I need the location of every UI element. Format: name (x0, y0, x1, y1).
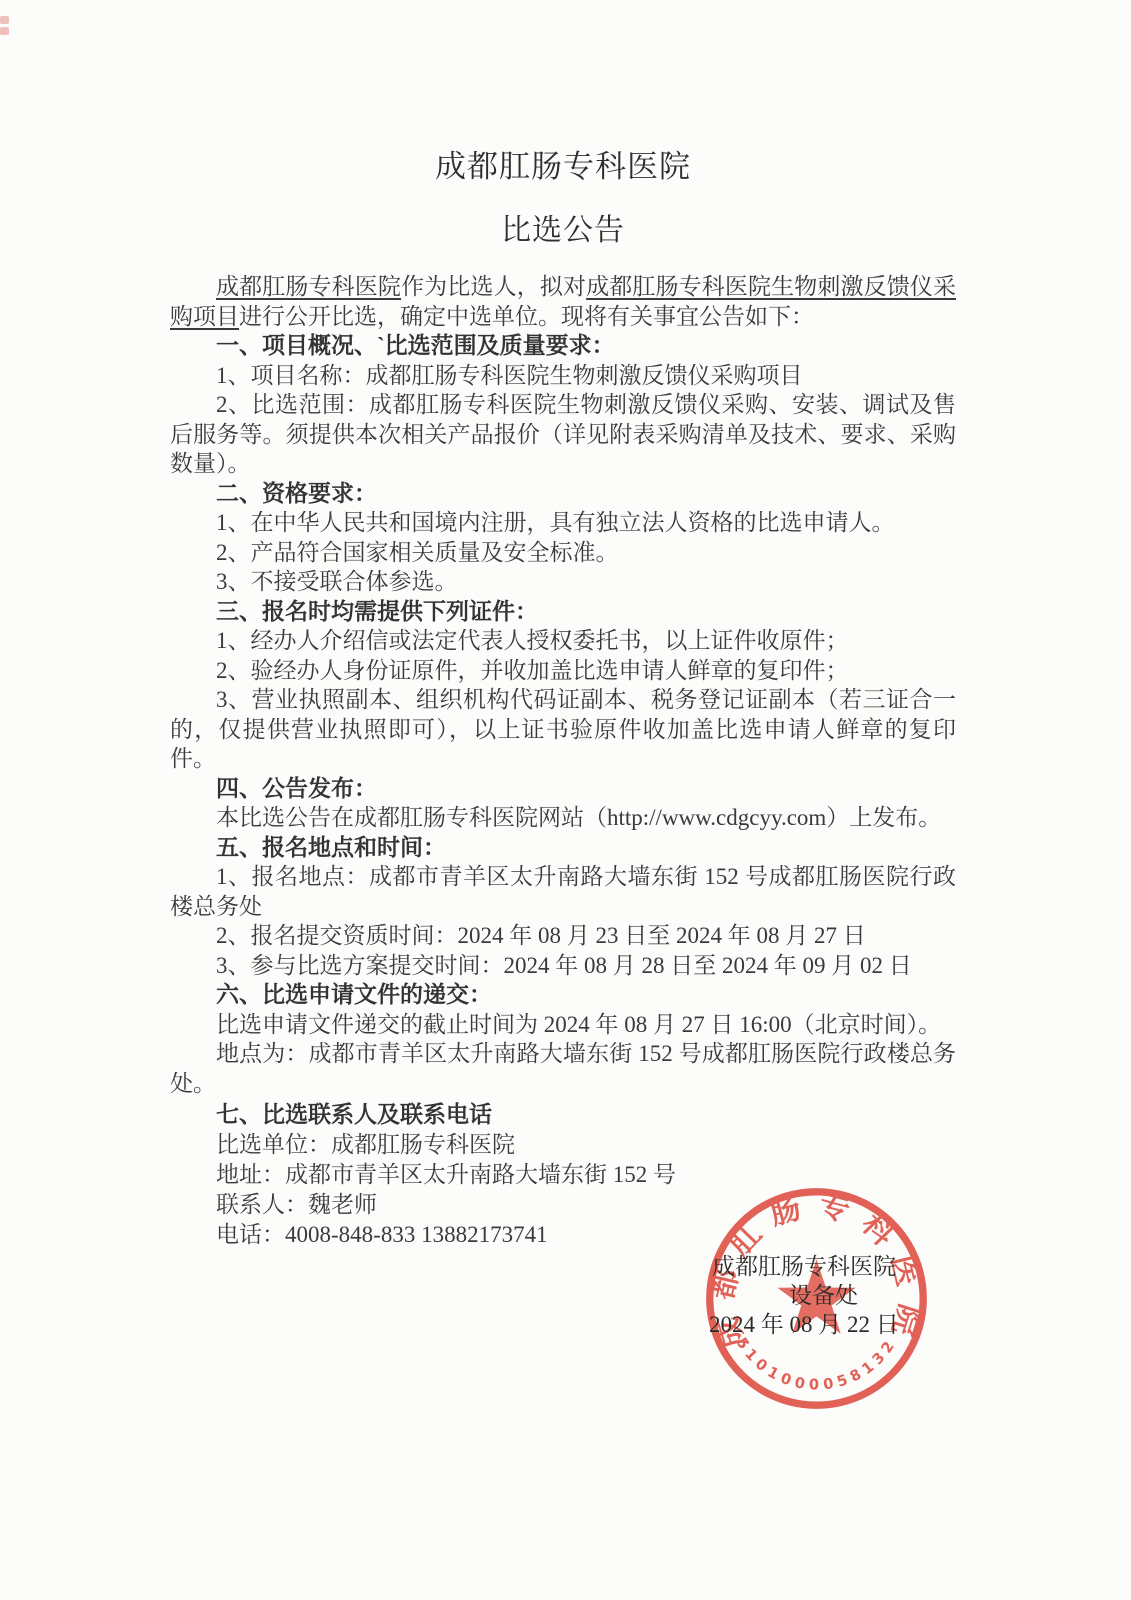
intro-underlined-buyer: 成都肛肠专科医院 (216, 274, 401, 299)
paragraph: 1、在中华人民共和国境内注册，具有独立法人资格的比选申请人。 (170, 508, 956, 538)
paragraph: 1、项目名称：成都肛肠专科医院生物刺激反馈仪采购项目 (170, 361, 956, 391)
paragraph: 2、报名提交资质时间：2024 年 08 月 23 日至 2024 年 08 月… (170, 921, 956, 951)
announcement-body: 成都肛肠专科医院作为比选人，拟对成都肛肠专科医院生物刺激反馈仪采购项目进行公开比… (170, 272, 956, 1250)
seal-overlay-date: 2024 年 08 月 22 日 (709, 1311, 899, 1338)
section-heading-1: 一、项目概况、`比选范围及质量要求： (170, 331, 956, 361)
intro-text: 作为比选人，拟对 (401, 274, 586, 299)
paragraph: 2、比选范围：成都肛肠专科医院生物刺激反馈仪采购、安装、调试及售后服务等。须提供… (170, 390, 956, 479)
paragraph: 3、不接受联合体参选。 (170, 567, 956, 597)
paragraph: 2、验经办人身份证原件，并收加盖比选申请人鲜章的复印件； (170, 656, 956, 686)
contact-unit: 比选单位：成都肛肠专科医院 (170, 1130, 956, 1160)
seal-overlay-unit-name: 成都肛肠专科医院 (712, 1253, 896, 1280)
scanned-document-page: 成都肛肠专科医院 比选公告 成都肛肠专科医院作为比选人，拟对成都肛肠专科医院生物… (0, 0, 1131, 1600)
announcement-title: 比选公告 (170, 212, 956, 250)
scan-red-mark (0, 27, 9, 35)
announcement-document: 成都肛肠专科医院 比选公告 成都肛肠专科医院作为比选人，拟对成都肛肠专科医院生物… (170, 0, 956, 1250)
intro-paragraph: 成都肛肠专科医院作为比选人，拟对成都肛肠专科医院生物刺激反馈仪采购项目进行公开比… (170, 272, 956, 331)
paragraph: 3、营业执照副本、组织机构代码证副本、税务登记证副本（若三证合一的，仅提供营业执… (170, 685, 956, 774)
section-heading-4: 四、公告发布： (170, 774, 956, 804)
section-heading-6: 六、比选申请文件的递交： (170, 980, 956, 1010)
paragraph: 本比选公告在成都肛肠专科医院网站（http://www.cdgcyy.com）上… (170, 803, 956, 833)
paragraph: 1、经办人介绍信或法定代表人授权委托书，以上证件收原件； (170, 626, 956, 656)
section-heading-2: 二、资格要求： (170, 479, 956, 509)
seal-overlay-department: 设备处 (789, 1282, 858, 1309)
section-heading-5: 五、报名地点和时间： (170, 833, 956, 863)
paragraph: 比选申请文件递交的截止时间为 2024 年 08 月 27 日 16:00（北京… (170, 1010, 956, 1040)
paragraph: 2、产品符合国家相关质量及安全标准。 (170, 538, 956, 568)
paragraph: 3、参与比选方案提交时间：2024 年 08 月 28 日至 2024 年 09… (170, 951, 956, 981)
section-heading-3: 三、报名时均需提供下列证件： (170, 597, 956, 627)
hospital-title: 成都肛肠专科医院 (170, 148, 956, 186)
paragraph: 1、报名地点：成都市青羊区太升南路大墙东街 152 号成都肛肠医院行政楼总务处 (170, 862, 956, 921)
scan-red-mark (0, 16, 9, 24)
intro-text: 进行公开比选，确定中选单位。现将有关事宜公告如下： (239, 304, 814, 329)
paragraph: 地点为：成都市青羊区太升南路大墙东街 152 号成都肛肠医院行政楼总务处。 (170, 1039, 956, 1098)
section-heading-7: 七、比选联系人及联系电话 (170, 1100, 956, 1130)
